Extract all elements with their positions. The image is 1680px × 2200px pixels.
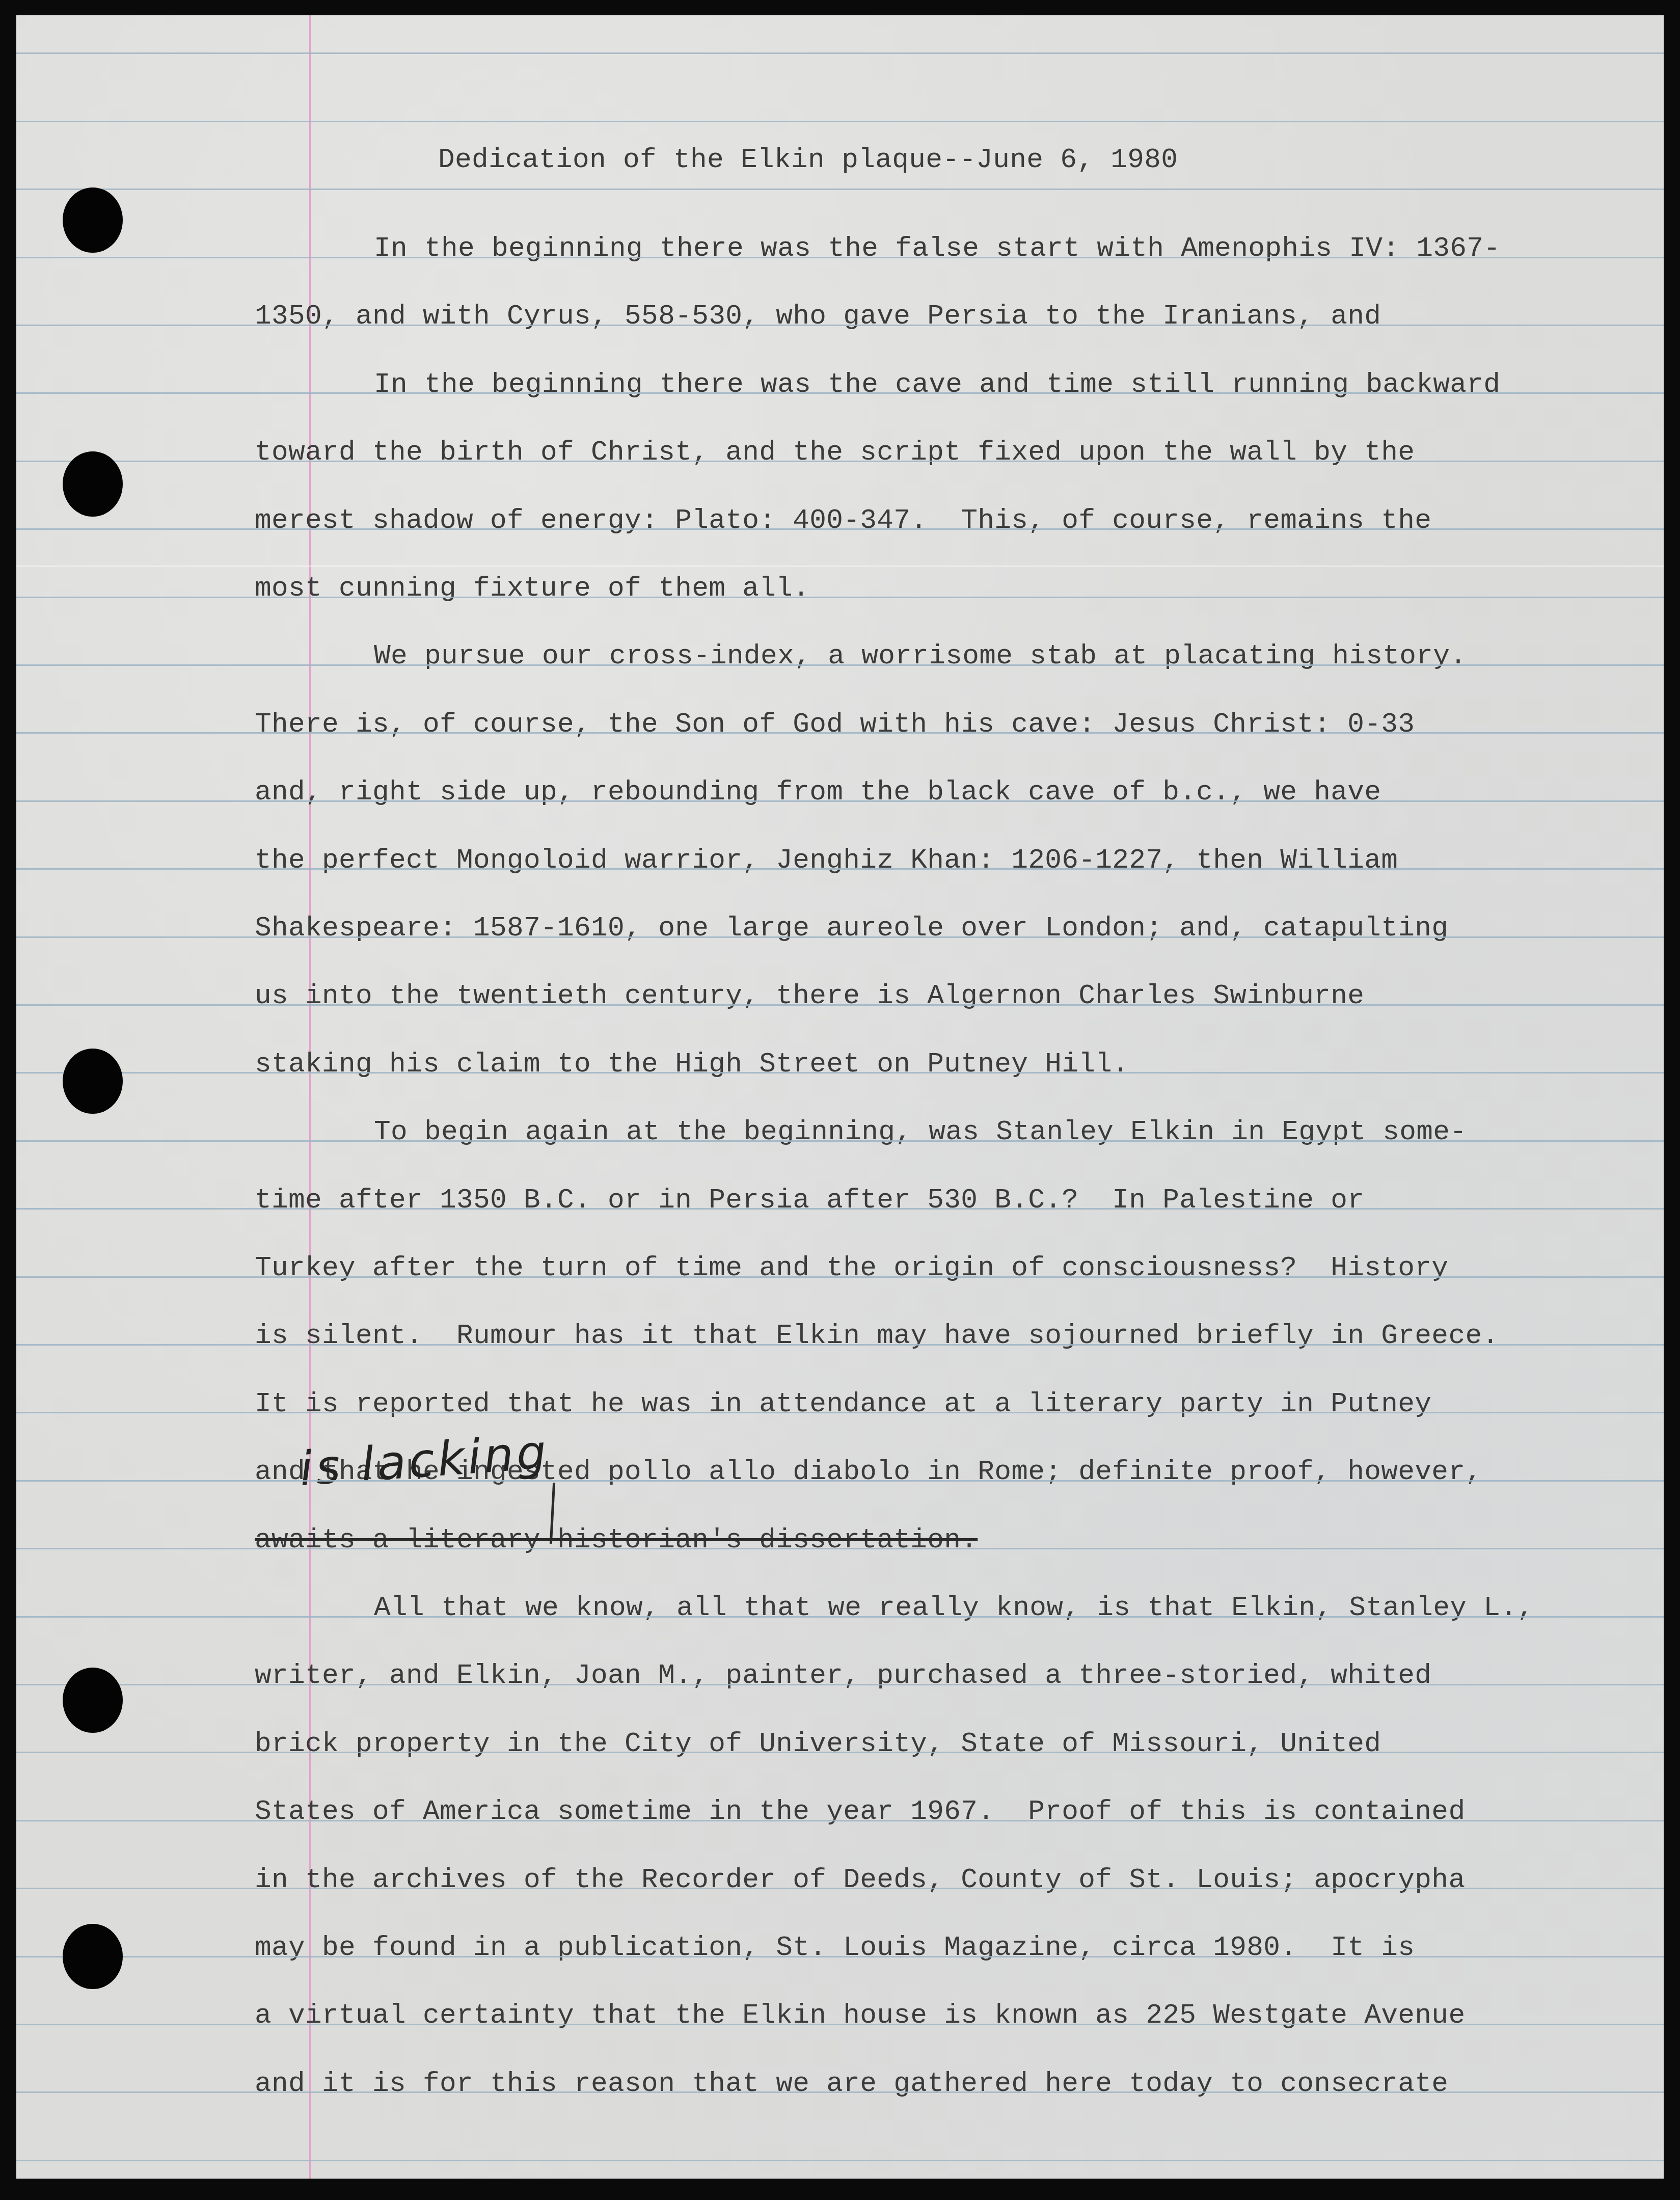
text-line: time after 1350 B.C. or in Persia after … (255, 1187, 1364, 1215)
paper-fold (16, 566, 1664, 567)
punch-hole (63, 1049, 123, 1114)
text-line: may be found in a publication, St. Louis… (255, 1935, 1415, 1963)
ruled-line (16, 1684, 1664, 1685)
ruled-line (16, 1412, 1664, 1413)
ruled-line (16, 936, 1664, 938)
text-line: staking his claim to the High Street on … (255, 1051, 1129, 1079)
ruled-line (16, 392, 1664, 394)
ruled-line (16, 2160, 1664, 2161)
punch-hole (63, 451, 123, 517)
text-line: and, right side up, rebounding from the … (255, 779, 1381, 807)
ruled-line (16, 2024, 1664, 2025)
text-line: Shakespeare: 1587-1610, one large aureol… (255, 915, 1448, 943)
ruled-line (16, 1344, 1664, 1346)
ruled-line (16, 868, 1664, 870)
text-line: the perfect Mongoloid warrior, Jenghiz K… (255, 847, 1398, 875)
text-line: 1350, and with Cyrus, 558-530, who gave … (255, 303, 1381, 331)
text-line: All that we know, all that we really kno… (374, 1595, 1534, 1623)
ruled-line (16, 1072, 1664, 1074)
text-line: most cunning fixture of them all. (255, 575, 809, 603)
text-line: a virtual certainty that the Elkin house… (255, 2002, 1465, 2030)
ruled-line (16, 121, 1664, 122)
ruled-line (16, 528, 1664, 530)
text-line: In the beginning there was the false sta… (374, 235, 1500, 263)
ruled-line (16, 732, 1664, 734)
ruled-line (16, 1820, 1664, 1821)
ruled-line (16, 1548, 1664, 1549)
ruled-line (16, 597, 1664, 598)
text-line: merest shadow of energy: Plato: 400-347.… (255, 507, 1431, 535)
struck-text-line: awaits a literary historian's dissertati… (255, 1527, 978, 1555)
ruled-line (16, 325, 1664, 326)
ruled-line (16, 1276, 1664, 1278)
text-line: writer, and Elkin, Joan M., painter, pur… (255, 1662, 1431, 1691)
ruled-line (16, 1480, 1664, 1482)
text-line: is silent. Rumour has it that Elkin may … (255, 1323, 1499, 1351)
text-line: and it is for this reason that we are ga… (255, 2071, 1448, 2099)
ruled-line (16, 52, 1664, 54)
ruled-line (16, 664, 1664, 666)
text-line: toward the birth of Christ, and the scri… (255, 439, 1415, 467)
text-line: Turkey after the turn of time and the or… (255, 1255, 1448, 1283)
text-line: There is, of course, the Son of God with… (255, 711, 1415, 739)
punch-hole (63, 1668, 123, 1733)
typed-page: Dedication of the Elkin plaque--June 6, … (16, 15, 1664, 2179)
text-line: brick property in the City of University… (255, 1731, 1381, 1759)
ruled-line (16, 2091, 1664, 2093)
text-line: us into the twentieth century, there is … (255, 983, 1364, 1011)
ruled-line (16, 1140, 1664, 1142)
text-line: We pursue our cross-index, a worrisome s… (374, 643, 1467, 671)
ruled-line (16, 1616, 1664, 1618)
margin-line (309, 15, 311, 2179)
text-line: In the beginning there was the cave and … (374, 371, 1500, 399)
ruled-line (16, 1888, 1664, 1889)
ruled-line (16, 461, 1664, 462)
ruled-line (16, 1752, 1664, 1753)
text-line: It is reported that he was in attendance… (255, 1391, 1431, 1419)
document-title: Dedication of the Elkin plaque--June 6, … (438, 147, 1178, 175)
ruled-line (16, 189, 1664, 190)
ruled-line (16, 1004, 1664, 1006)
ruled-line (16, 257, 1664, 258)
text-line: To begin again at the beginning, was Sta… (374, 1119, 1467, 1147)
ruled-line (16, 1208, 1664, 1210)
ruled-line (16, 800, 1664, 802)
text-line: States of America sometime in the year 1… (255, 1799, 1465, 1827)
text-line: in the archives of the Recorder of Deeds… (255, 1867, 1465, 1895)
punch-hole (63, 1924, 123, 1989)
punch-hole (63, 187, 123, 253)
ruled-line (16, 1956, 1664, 1957)
